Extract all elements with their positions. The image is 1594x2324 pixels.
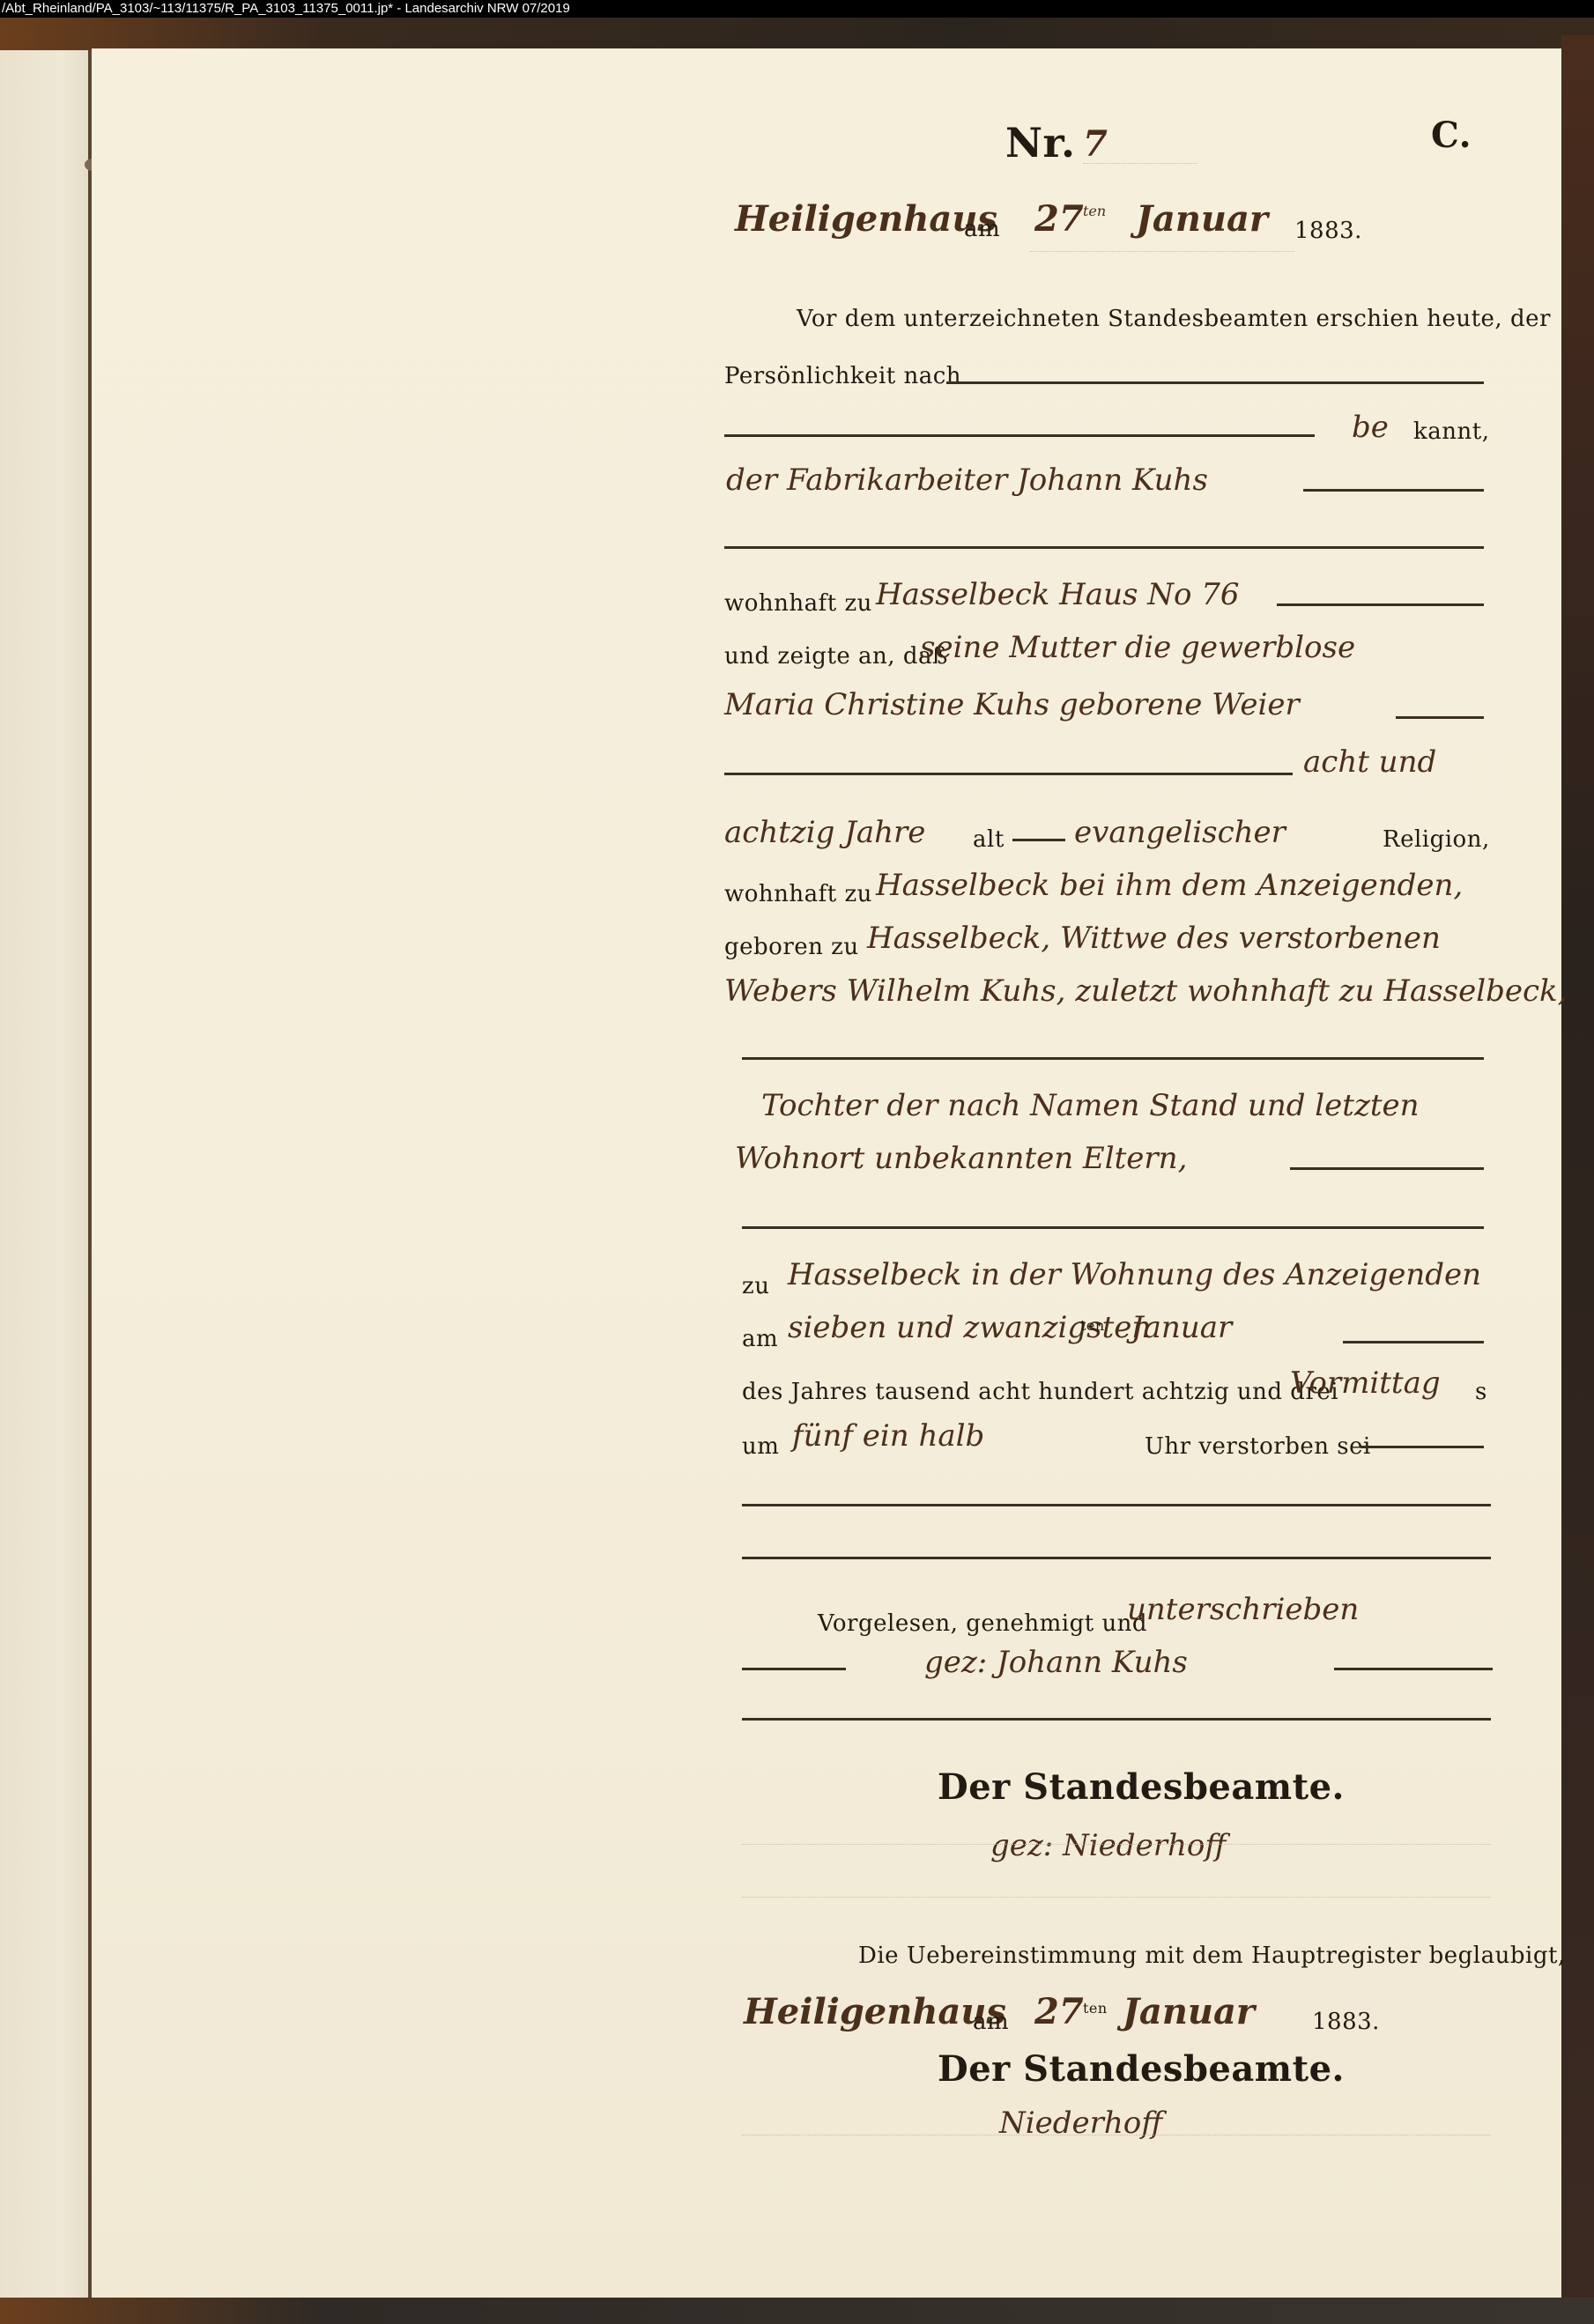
age-part2: achtzig Jahre	[724, 815, 925, 850]
cert-day-suffix: ten	[1083, 2000, 1108, 2017]
cert-day: 27	[1034, 1991, 1084, 2032]
cert-month: Januar	[1123, 1991, 1255, 2032]
book-cover-top	[0, 18, 1594, 53]
cert-place: Heiligenhaus	[744, 1991, 1006, 2032]
residence-value: Hasselbeck Haus No 76	[876, 577, 1240, 612]
daytime-value: Vormittag	[1290, 1366, 1441, 1401]
cert-year: 1883.	[1312, 2009, 1380, 2035]
series-letter: C.	[1431, 115, 1472, 156]
residence-label: wohnhaft zu	[724, 590, 872, 617]
time-value: fünf ein halb	[792, 1418, 984, 1454]
record-number-value: 7	[1083, 123, 1108, 165]
daytime-suffix: s	[1475, 1379, 1487, 1405]
registrar-heading: Der Standesbeamte.	[938, 1766, 1345, 1808]
declarant-signature: gez: Johann Kuhs	[924, 1645, 1188, 1680]
death-day-label: am	[742, 1326, 778, 1352]
religion-label: Religion,	[1383, 826, 1490, 853]
spouse-value: Webers Wilhelm Kuhs, zuletzt wohnhaft zu…	[724, 973, 1567, 1009]
death-place-value: Hasselbeck in der Wohnung des Anzeigende…	[788, 1257, 1481, 1292]
window-title-bar: /Abt_Rheinland/PA_3103/~113/11375/R_PA_3…	[0, 0, 1594, 18]
reported-label: und zeigte an, daß	[724, 643, 948, 670]
time-suffix: Uhr verstorben sei	[1145, 1433, 1371, 1460]
cert-am-label: am	[973, 2009, 1009, 2035]
declarant: der Fabrikarbeiter Johann Kuhs	[726, 463, 1208, 498]
known-hand: be	[1352, 410, 1389, 445]
time-label: um	[742, 1433, 779, 1460]
religion-value: evangelischer	[1074, 815, 1286, 850]
left-page	[0, 50, 90, 2299]
death-place-label: zu	[742, 1273, 769, 1299]
deceased-residence-value: Hasselbeck bei ihm dem Anzeigenden,	[876, 868, 1463, 903]
read-value: unterschrieben	[1127, 1592, 1359, 1627]
book-cover-bottom	[0, 2298, 1594, 2324]
parents-line2: Wohnort unbekannten Eltern,	[735, 1141, 1187, 1176]
day-suffix: ten	[1083, 203, 1106, 219]
register-page: Nr. 7 C. Heiligenhaus am 27 ten Januar 1…	[92, 48, 1561, 2298]
reported-value: seine Mutter die gewerblose	[920, 630, 1355, 665]
birth-value: Hasselbeck, Wittwe des verstorbenen	[867, 921, 1441, 956]
age-part1: acht und	[1303, 744, 1436, 780]
birth-label: geboren zu	[724, 934, 859, 960]
cert-registrar-signature: Niederhoff	[999, 2106, 1162, 2141]
certification-line: Die Uebereinstimmung mit dem Hauptregist…	[858, 1943, 1566, 1969]
identity-label: Persönlichkeit nach	[724, 363, 961, 389]
window-title: /Abt_Rheinland/PA_3103/~113/11375/R_PA_3…	[2, 1, 570, 16]
read-label: Vorgelesen, genehmigt und	[818, 1610, 1147, 1637]
deceased-name: Maria Christine Kuhs geborene Weier	[724, 687, 1300, 722]
year-words: des Jahres tausend acht hundert achtzig …	[742, 1379, 1338, 1405]
deceased-residence-label: wohnhaft zu	[724, 881, 872, 907]
book-cover-right	[1561, 35, 1594, 2299]
intro-line: Vor dem unterzeichneten Standesbeamten e…	[797, 306, 1551, 332]
place: Heiligenhaus	[735, 198, 997, 240]
death-month: Januar	[1131, 1310, 1232, 1345]
am-label: am	[964, 216, 1000, 242]
cert-registrar-heading: Der Standesbeamte.	[938, 2048, 1345, 2090]
registrar-signature: gez: Niederhoff	[990, 1828, 1226, 1863]
death-day-suffix: ten	[1080, 1317, 1105, 1334]
record-number-label: Nr.	[1005, 119, 1076, 167]
month: Januar	[1136, 198, 1268, 240]
known-print: kannt,	[1413, 418, 1489, 445]
year: 1883.	[1294, 218, 1362, 244]
age-label: alt	[973, 826, 1005, 853]
parents-line1: Tochter der nach Namen Stand und letzten	[761, 1088, 1420, 1123]
day: 27	[1034, 198, 1084, 240]
